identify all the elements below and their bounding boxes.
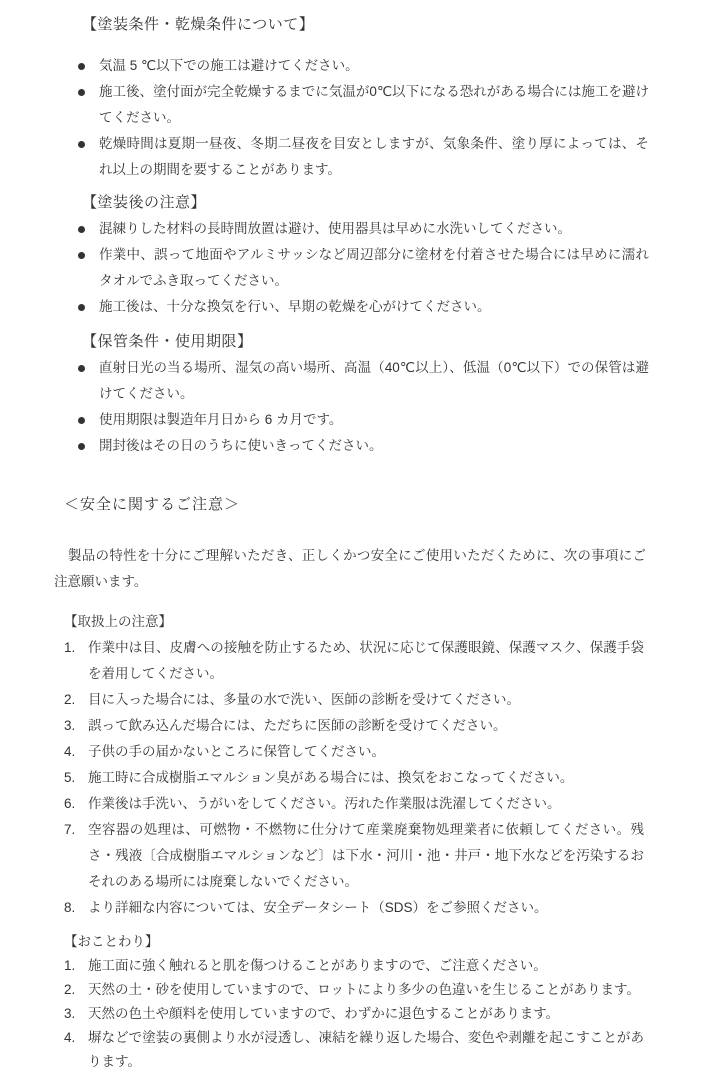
list-item-text: 作業中、誤って地面やアルミサッシなど周辺部分に塗材を付着させた場合には早めに濡れ… (99, 247, 649, 288)
list-item-text: 直射日光の当る場所、湿気の高い場所、高温（40℃以上）、低温（0℃以下）での保管… (99, 360, 649, 401)
numbered-item-text: 誤って飲み込んだ場合には、ただちに医師の診断を受けてください。 (88, 718, 507, 733)
bullet-icon (78, 365, 85, 372)
numbered-item-text: 子供の手の届かないところに保管してください。 (88, 744, 385, 759)
numbered-item-text: 作業後は手洗い、うがいをしてください。汚れた作業服は洗濯してください。 (88, 796, 561, 811)
list-item: 作業中、誤って地面やアルミサッシなど周辺部分に塗材を付着させた場合には早めに濡れ… (75, 242, 649, 294)
numbered-item: 4. 塀などで塗装の裏側より水が浸透し、凍結を繰り返した場合、変色や剥離を起こす… (64, 1026, 644, 1074)
numbered-item: 1. 作業中は目、皮膚への接触を防止するため、状況に応じて保護眼鏡、保護マスク、… (64, 635, 644, 687)
numbered-item-text: 作業中は目、皮膚への接触を防止するため、状況に応じて保護眼鏡、保護マスク、保護手… (88, 640, 644, 681)
list-item: 混練りした材料の長時間放置は避け、使用器具は早めに水洗いしてください。 (75, 216, 649, 242)
bullet-icon (78, 226, 85, 233)
section-after-painting: 【塗装後の注意】 混練りした材料の長時間放置は避け、使用器具は早めに水洗いしてく… (0, 190, 720, 320)
numbered-item: 4. 子供の手の届かないところに保管してください。 (64, 739, 644, 765)
section-heading: 【塗装条件・乾燥条件について】 (82, 12, 680, 38)
section-heading: 【保管条件・使用期限】 (82, 329, 680, 355)
numbered-item: 3. 天然の色土や顔料を使用していますので、わずかに退色することがあります。 (64, 1002, 644, 1026)
numbered-item-text: 施工時に合成樹脂エマルション臭がある場合には、換気をおこなってください。 (88, 770, 573, 785)
numbered-item-text: 天然の土・砂を使用していますので、ロットにより多少の色違いを生じることがあります… (88, 982, 640, 997)
bullet-icon (78, 304, 85, 311)
item-number: 2. (64, 687, 75, 713)
item-number: 6. (64, 791, 75, 817)
list-item-text: 開封後はその日のうちに使いきってください。 (99, 438, 383, 453)
list-item: 乾燥時間は夏期一昼夜、冬期二昼夜を目安としますが、気象条件、塗り厚によっては、そ… (75, 131, 649, 183)
list-item: 施工後は、十分な換気を行い、早期の乾燥を心がけてください。 (75, 294, 649, 320)
item-number: 1. (64, 635, 75, 661)
safety-intro-paragraph: 製品の特性を十分にご理解いただき、正しくかつ安全にご使用いただくために、次の事項… (54, 543, 646, 595)
numbered-item: 1. 施工面に強く触れると肌を傷つけることがありますので、ご注意ください。 (64, 954, 644, 978)
numbered-item-text: 天然の色土や顔料を使用していますので、わずかに退色することがあります。 (88, 1006, 559, 1021)
numbered-item: 7. 空容器の処理は、可燃物・不燃物に仕分けて産業廃棄物処理業者に依頼してくださ… (64, 817, 644, 895)
bullet-icon (78, 89, 85, 96)
section-storage-conditions: 【保管条件・使用期限】 直射日光の当る場所、湿気の高い場所、高温（40℃以上）、… (0, 329, 720, 459)
bullet-list: 直射日光の当る場所、湿気の高い場所、高温（40℃以上）、低温（0℃以下）での保管… (75, 355, 680, 459)
item-number: 4. (64, 1026, 75, 1050)
item-number: 7. (64, 817, 75, 843)
list-item: 使用期限は製造年月日から 6 カ月です。 (75, 407, 649, 433)
numbered-list: 1. 作業中は目、皮膚への接触を防止するため、状況に応じて保護眼鏡、保護マスク、… (64, 635, 680, 921)
item-number: 5. (64, 765, 75, 791)
item-number: 1. (64, 954, 75, 978)
section-disclaimers: 【おことわり】 1. 施工面に強く触れると肌を傷つけることがありますので、ご注意… (0, 930, 720, 1074)
numbered-item: 2. 目に入った場合には、多量の水で洗い、医師の診断を受けてください。 (64, 687, 644, 713)
item-number: 4. (64, 739, 75, 765)
document-page: 【塗装条件・乾燥条件について】 気温 5 ℃以下での施工は避けてください。 施工… (0, 0, 720, 1082)
numbered-item-text: 目に入った場合には、多量の水で洗い、医師の診断を受けてください。 (88, 692, 520, 707)
numbered-item-text: 空容器の処理は、可燃物・不燃物に仕分けて産業廃棄物処理業者に依頼してください。残… (88, 822, 644, 889)
numbered-item-text: より詳細な内容については、安全データシート（SDS）をご参照ください。 (88, 900, 548, 915)
numbered-item: 2. 天然の土・砂を使用していますので、ロットにより多少の色違いを生じることがあ… (64, 978, 644, 1002)
section-handling-precautions: 【取扱上の注意】 1. 作業中は目、皮膚への接触を防止するため、状況に応じて保護… (0, 609, 720, 921)
list-item: 施工後、塗付面が完全乾燥するまでに気温が0℃以下になる恐れがある場合には施工を避… (75, 79, 649, 131)
bullet-list: 混練りした材料の長時間放置は避け、使用器具は早めに水洗いしてください。 作業中、… (75, 216, 680, 320)
list-item-text: 使用期限は製造年月日から 6 カ月です。 (99, 412, 342, 427)
bullet-icon (78, 141, 85, 148)
item-number: 3. (64, 1002, 75, 1026)
numbered-item: 5. 施工時に合成樹脂エマルション臭がある場合には、換気をおこなってください。 (64, 765, 644, 791)
numbered-item: 8. より詳細な内容については、安全データシート（SDS）をご参照ください。 (64, 895, 644, 921)
list-item-text: 施工後は、十分な換気を行い、早期の乾燥を心がけてください。 (99, 299, 491, 314)
bullet-icon (78, 443, 85, 450)
section-heading: 【取扱上の注意】 (64, 609, 680, 635)
numbered-item-text: 塀などで塗装の裏側より水が浸透し、凍結を繰り返した場合、変色や剥離を起こすことが… (88, 1030, 644, 1069)
list-item-text: 施工後、塗付面が完全乾燥するまでに気温が0℃以下になる恐れがある場合には施工を避… (99, 84, 649, 125)
safety-section-title: ＜安全に関するご注意＞ (64, 492, 720, 518)
numbered-item-text: 施工面に強く触れると肌を傷つけることがありますので、ご注意ください。 (88, 958, 547, 973)
bullet-icon (78, 63, 85, 70)
numbered-list: 1. 施工面に強く触れると肌を傷つけることがありますので、ご注意ください。 2.… (64, 954, 680, 1074)
list-item: 気温 5 ℃以下での施工は避けてください。 (75, 53, 649, 79)
bullet-icon (78, 417, 85, 424)
list-item-text: 混練りした材料の長時間放置は避け、使用器具は早めに水洗いしてください。 (99, 221, 571, 236)
list-item-text: 気温 5 ℃以下での施工は避けてください。 (99, 58, 359, 73)
item-number: 8. (64, 895, 75, 921)
section-heading: 【おことわり】 (64, 930, 680, 954)
bullet-icon (78, 252, 85, 259)
list-item: 開封後はその日のうちに使いきってください。 (75, 433, 649, 459)
section-coating-conditions: 【塗装条件・乾燥条件について】 気温 5 ℃以下での施工は避けてください。 施工… (0, 12, 720, 183)
list-item-text: 乾燥時間は夏期一昼夜、冬期二昼夜を目安としますが、気象条件、塗り厚によっては、そ… (99, 136, 649, 177)
numbered-item: 6. 作業後は手洗い、うがいをしてください。汚れた作業服は洗濯してください。 (64, 791, 644, 817)
numbered-item: 3. 誤って飲み込んだ場合には、ただちに医師の診断を受けてください。 (64, 713, 644, 739)
section-heading: 【塗装後の注意】 (82, 190, 680, 216)
item-number: 3. (64, 713, 75, 739)
bullet-list: 気温 5 ℃以下での施工は避けてください。 施工後、塗付面が完全乾燥するまでに気… (75, 53, 680, 183)
list-item: 直射日光の当る場所、湿気の高い場所、高温（40℃以上）、低温（0℃以下）での保管… (75, 355, 649, 407)
item-number: 2. (64, 978, 75, 1002)
